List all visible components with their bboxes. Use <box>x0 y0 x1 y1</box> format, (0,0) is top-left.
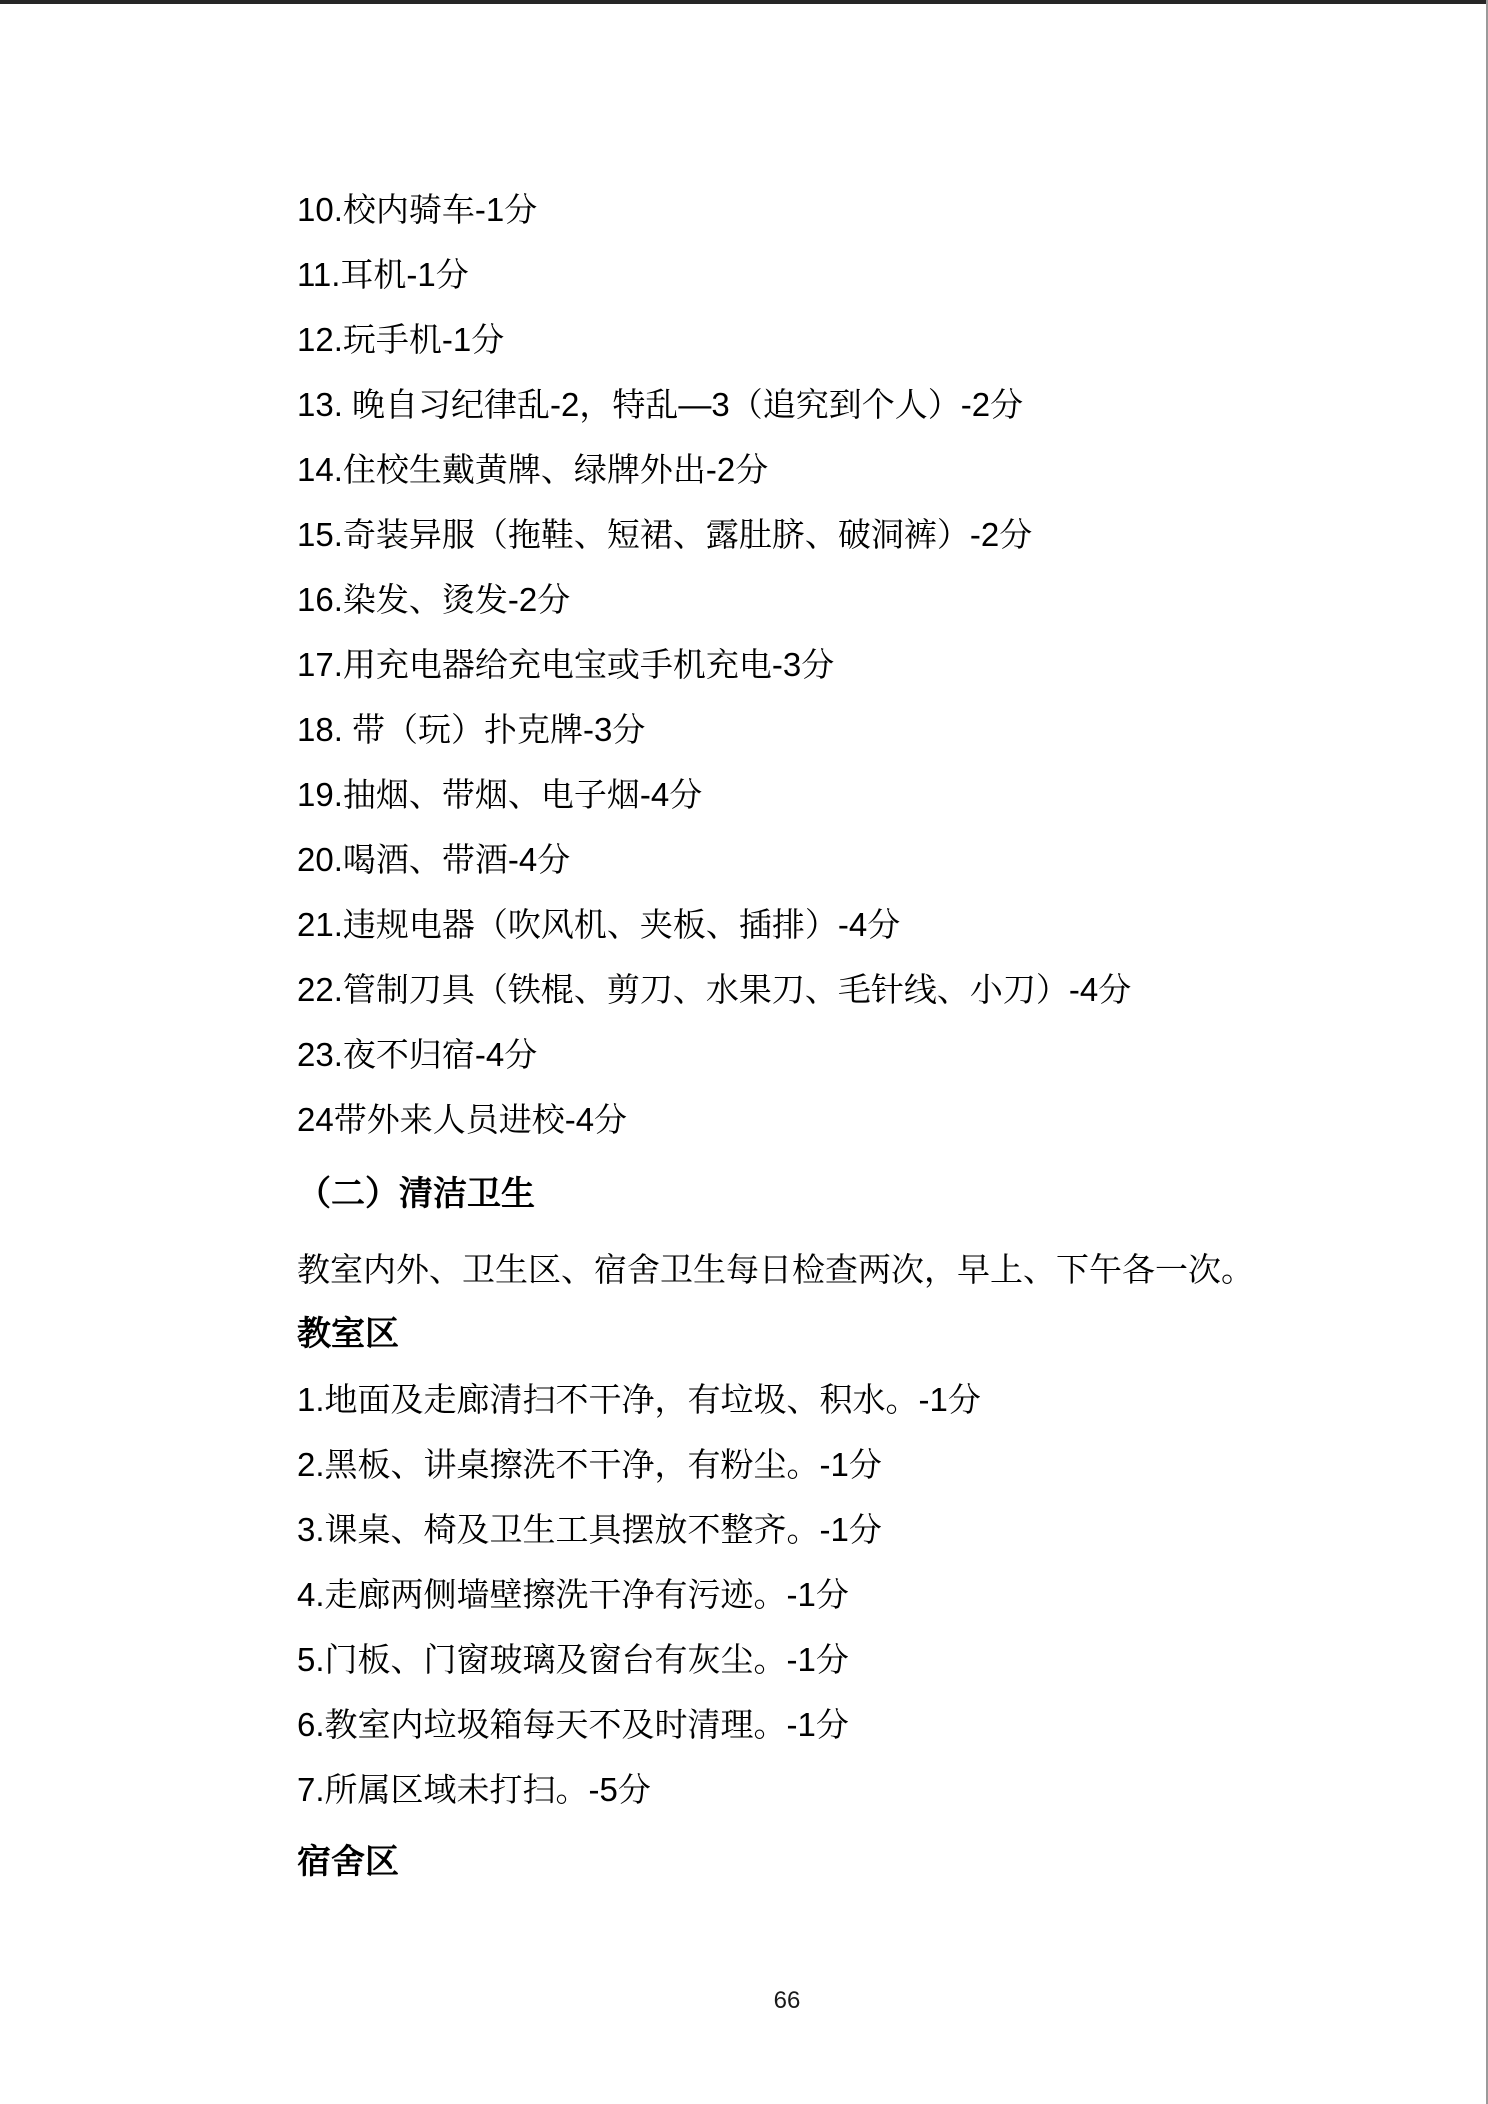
classroom-area-heading: 教室区 <box>297 1302 1307 1367</box>
list-item: 18. 带（玩）扑克牌-3分 <box>297 697 1307 762</box>
list-item: 11.耳机-1分 <box>297 242 1307 307</box>
list-item: 4.走廊两侧墙壁擦洗干净有污迹。-1分 <box>297 1562 1307 1627</box>
document-content: 10.校内骑车-1分 11.耳机-1分 12.玩手机-1分 13. 晚自习纪律乱… <box>297 177 1307 1895</box>
dorm-area-heading: 宿舍区 <box>297 1830 1307 1895</box>
section-intro: 教室内外、卫生区、宿舍卫生每日检查两次，早上、下午各一次。 <box>297 1237 1307 1302</box>
list-item: 7.所属区域未打扫。-5分 <box>297 1757 1307 1822</box>
list-item: 17.用充电器给充电宝或手机充电-3分 <box>297 632 1307 697</box>
list-item: 20.喝酒、带酒-4分 <box>297 827 1307 892</box>
list-item: 1.地面及走廊清扫不干净，有垃圾、积水。-1分 <box>297 1367 1307 1432</box>
list-item: 16.染发、烫发-2分 <box>297 567 1307 632</box>
list-item: 5.门板、门窗玻璃及窗台有灰尘。-1分 <box>297 1627 1307 1692</box>
list-item: 14.住校生戴黄牌、绿牌外出-2分 <box>297 437 1307 502</box>
list-item: 21.违规电器（吹风机、夹板、插排）-4分 <box>297 892 1307 957</box>
list-item: 23.夜不归宿-4分 <box>297 1022 1307 1087</box>
page-top-border <box>0 0 1488 4</box>
list-item: 13. 晚自习纪律乱-2，特乱—3（追究到个人）-2分 <box>297 372 1307 437</box>
list-item: 22.管制刀具（铁棍、剪刀、水果刀、毛针线、小刀）-4分 <box>297 957 1307 1022</box>
list-item: 19.抽烟、带烟、电子烟-4分 <box>297 762 1307 827</box>
list-item: 6.教室内垃圾箱每天不及时清理。-1分 <box>297 1692 1307 1757</box>
document-page: 10.校内骑车-1分 11.耳机-1分 12.玩手机-1分 13. 晚自习纪律乱… <box>0 0 1488 2104</box>
list-item: 3.课桌、椅及卫生工具摆放不整齐。-1分 <box>297 1497 1307 1562</box>
list-item: 12.玩手机-1分 <box>297 307 1307 372</box>
list-item: 10.校内骑车-1分 <box>297 177 1307 242</box>
page-number: 66 <box>297 1985 1277 2017</box>
list-item: 15.奇装异服（拖鞋、短裙、露肚脐、破洞裤）-2分 <box>297 502 1307 567</box>
list-item: 24带外来人员进校-4分 <box>297 1087 1307 1152</box>
section-heading: （二）清洁卫生 <box>297 1162 1307 1227</box>
list-item: 2.黑板、讲桌擦洗不干净，有粉尘。-1分 <box>297 1432 1307 1497</box>
